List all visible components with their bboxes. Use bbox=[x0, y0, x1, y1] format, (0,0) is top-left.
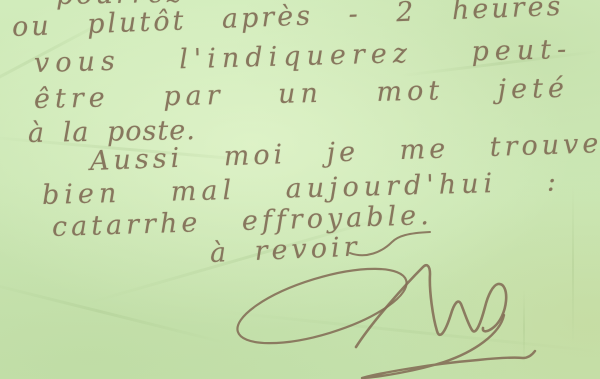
handwritten-line: être par un mot jeté bbox=[34, 73, 570, 115]
paper-crease bbox=[523, 290, 525, 365]
paper-crease bbox=[0, 279, 227, 345]
handwritten-closing: à revoir bbox=[209, 231, 361, 269]
paper-crease bbox=[221, 310, 599, 353]
letter-page: pourrez ou plutôt après - 2 heures vous … bbox=[0, 0, 600, 379]
paper-crease bbox=[572, 185, 574, 345]
handwritten-line: vous l'indiquerez peut- bbox=[34, 34, 573, 79]
